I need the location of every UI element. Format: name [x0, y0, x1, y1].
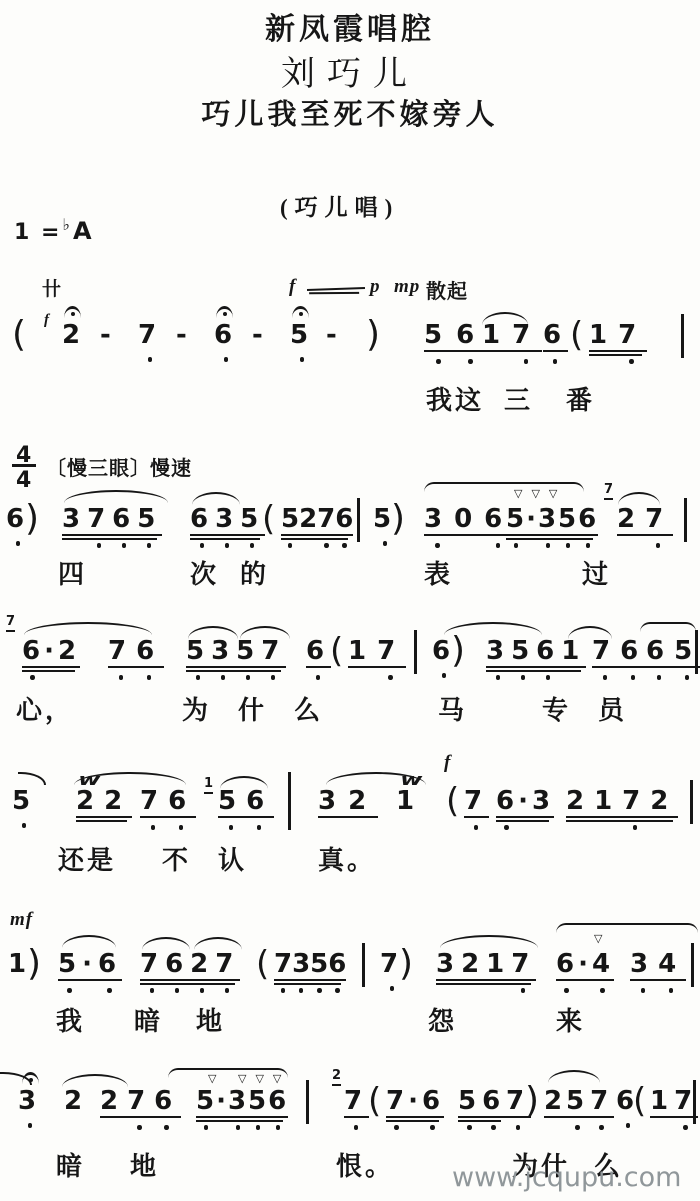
- octave-dot: 3: [18, 1122, 43, 1152]
- octave-dots: 5·356: [196, 1126, 288, 1136]
- paren: ): [391, 501, 405, 539]
- octave-dot: 3: [630, 987, 658, 1017]
- page-title: 新凤霞唱腔: [0, 4, 700, 48]
- octave-dots: 6: [432, 674, 457, 684]
- note-token: 73567356: [274, 951, 346, 999]
- time-signature-line: [12, 464, 36, 467]
- note-token: 3434: [630, 951, 686, 999]
- octave-dots: 17: [589, 360, 647, 370]
- fermata-icon: [292, 306, 309, 318]
- music-line: mf▽1)5·65·676277627(7356735677)321732176…: [0, 905, 700, 1060]
- note-digits: 5357: [186, 638, 286, 668]
- lyric: 地: [196, 1001, 225, 1038]
- note-digits: 6·2: [22, 638, 80, 668]
- note-digits: ): [25, 501, 39, 539]
- octave-dots: 17: [650, 1126, 698, 1136]
- octave-dot: 5: [674, 674, 700, 704]
- octave-dot: 0: [454, 542, 484, 572]
- dash-note: -: [326, 322, 337, 350]
- time-signature-number: 4: [16, 468, 31, 493]
- note-token: 2: [62, 322, 87, 350]
- octave-dots: 32: [318, 826, 378, 836]
- octave-dots: 635: [190, 544, 265, 554]
- fermata-icon: [216, 306, 233, 318]
- note-digits: ): [366, 317, 380, 355]
- octave-dot: 5: [458, 1124, 482, 1154]
- note-digits: ): [391, 501, 405, 539]
- paren: (: [633, 1084, 646, 1120]
- dash-note: -: [252, 322, 263, 350]
- octave-dots: 6·2: [22, 676, 80, 686]
- note-digits: ): [451, 633, 465, 671]
- note-token: 5·3565·356: [196, 1088, 288, 1136]
- octave-dot: 6: [165, 987, 190, 1017]
- note-token: 306306: [424, 506, 514, 554]
- note-token: 32173217: [436, 951, 536, 999]
- music-line: 44〔慢三眼〕慢速▽▽▽766)37653765635635(527652765…: [0, 440, 700, 610]
- note-digits: 3765: [62, 506, 162, 536]
- octave-dots: 3765: [62, 544, 162, 554]
- octave-dots: 56: [458, 1126, 506, 1136]
- octave-dots: 57: [566, 1126, 614, 1136]
- note-token: 35613561: [486, 638, 586, 686]
- note-token: 66: [306, 638, 331, 686]
- note-digits: 5·356: [506, 506, 598, 536]
- free-meter-mark: 卄: [42, 274, 61, 301]
- octave-dot: 5: [310, 987, 328, 1017]
- note-digits: 635: [190, 506, 265, 536]
- music-line: 76·26·276765357535766(171766)35613561767…: [0, 600, 700, 752]
- dynamic-mark: f: [44, 312, 49, 329]
- song-title: 巧儿我至死不嫁旁人: [0, 92, 700, 133]
- octave-dot: 7: [622, 824, 650, 854]
- note-digits: 5·356: [196, 1088, 288, 1118]
- octave-dot: 1: [486, 987, 511, 1017]
- key-prefix: 1 =: [14, 220, 61, 245]
- octave-dots: 65: [646, 676, 700, 686]
- octave-dots: 3: [18, 1124, 43, 1134]
- octave-dot: 5: [373, 540, 398, 570]
- note-digits: 1: [396, 788, 421, 816]
- lyric: 么: [294, 690, 323, 727]
- note-digits: 276: [100, 1088, 181, 1118]
- octave-dot: 1: [594, 824, 622, 854]
- note-token: 2222: [76, 788, 132, 836]
- singer-annotation: (巧儿唱): [280, 189, 399, 222]
- octave-dot: 3: [486, 674, 511, 704]
- note-token: 5656: [458, 1088, 506, 1136]
- slur-arc: [548, 1070, 600, 1083]
- note-digits: 6·3: [496, 788, 554, 818]
- barline: [288, 772, 291, 830]
- note-digits: 56: [424, 322, 488, 352]
- note-token: 6565: [646, 638, 700, 686]
- barline: [306, 1080, 309, 1124]
- note-token: 1717: [650, 1088, 698, 1136]
- octave-dots: 6·3: [496, 826, 554, 836]
- paren: ): [451, 633, 465, 671]
- note-digits: -: [252, 322, 263, 350]
- octave-dot: 7: [464, 824, 489, 854]
- octave-dot: 5: [196, 1124, 216, 1154]
- lyric: 为: [182, 690, 211, 727]
- note-digits: 22: [76, 788, 132, 818]
- note-digits: 32: [318, 788, 378, 818]
- note-digits: 17: [482, 322, 542, 352]
- note-digits: -: [326, 322, 337, 350]
- octave-dots: 5: [373, 542, 398, 552]
- tempo-annotation: 散起: [426, 275, 468, 304]
- lyric: 恨。: [336, 1146, 394, 1183]
- note-digits: 3: [18, 1088, 43, 1116]
- octave-dot: ·: [518, 824, 532, 854]
- note-token: 55: [290, 322, 315, 368]
- note-token: 77: [464, 788, 489, 836]
- octave-dots: 5: [12, 824, 37, 834]
- octave-dot: 5: [506, 542, 526, 572]
- octave-dot: 6: [496, 824, 518, 854]
- note-digits: (: [633, 1084, 646, 1120]
- octave-dot: 7: [87, 542, 112, 572]
- octave-dot: 7: [108, 674, 136, 704]
- octave-dot: 3: [292, 987, 310, 1017]
- note-token: 33: [18, 1088, 43, 1134]
- octave-dot: 7: [511, 987, 536, 1017]
- note-token: 7676: [108, 638, 164, 686]
- lyric: 我: [56, 1001, 85, 1038]
- music-line: 卄fpmp散起f(2-77-66-55-)5656171766(1717我这三番: [0, 270, 700, 440]
- note-digits: 2: [64, 1088, 89, 1116]
- lyric: 四: [58, 554, 87, 591]
- octave-dot: 7: [138, 356, 163, 386]
- lyric: 心，: [16, 690, 74, 727]
- note-digits: 3561: [486, 638, 586, 668]
- octave-dot: 6: [6, 540, 31, 570]
- note-token: 635635: [190, 506, 265, 554]
- octave-dots: 7356: [274, 989, 346, 999]
- octave-dot: 2: [566, 824, 594, 854]
- octave-dot: 6: [268, 1124, 288, 1154]
- dash-note: -: [176, 322, 187, 350]
- note-digits: ): [525, 1083, 539, 1121]
- octave-dot: ·: [408, 1124, 422, 1154]
- note-token: 37653765: [62, 506, 162, 554]
- octave-dots: 7: [380, 987, 405, 997]
- watermark: www.jcqupu.com: [452, 1162, 681, 1193]
- note-digits: (: [256, 947, 269, 983]
- octave-dots: 7: [464, 826, 489, 836]
- octave-dot: 5: [137, 542, 162, 572]
- slur-arc: [64, 490, 168, 503]
- barline: [414, 630, 417, 674]
- note-digits: 7356: [274, 951, 346, 981]
- slur-arc: [168, 1068, 288, 1083]
- note-token: 7676: [592, 638, 648, 686]
- key-letter: A: [73, 217, 94, 245]
- octave-dot: 6: [112, 542, 137, 572]
- note-digits: 6: [306, 638, 331, 668]
- octave-dot: ·: [526, 542, 538, 572]
- lyric: 番: [566, 380, 595, 417]
- octave-dot: 6: [136, 674, 164, 704]
- octave-dot: 2: [100, 1124, 127, 1154]
- octave-dot: ·: [216, 1124, 228, 1154]
- note-digits: 7: [344, 1088, 369, 1118]
- barline: [362, 943, 365, 987]
- lyric: 什: [238, 690, 267, 727]
- dash-note: -: [100, 322, 111, 350]
- octave-dots: 76: [108, 676, 164, 686]
- grace-note: 2: [332, 1068, 341, 1086]
- octave-dots: 5·356: [506, 544, 598, 554]
- note-token: 5·65·6: [58, 951, 122, 999]
- slur-arc: [18, 772, 46, 785]
- octave-dots: 56: [424, 360, 488, 370]
- note-token: 5·3565·356: [506, 506, 598, 554]
- octave-dot: 7: [317, 542, 335, 572]
- paren: (: [446, 784, 459, 820]
- note-digits: (: [446, 784, 459, 820]
- note-digits: ): [399, 946, 413, 984]
- octave-dot: 2: [617, 542, 645, 572]
- lyric: 地: [130, 1146, 159, 1183]
- barline: [691, 943, 694, 987]
- note-digits: 6·4: [556, 951, 614, 981]
- octave-dots: 7: [138, 358, 163, 368]
- octave-dots: 7·6: [386, 1126, 444, 1136]
- key-signature: 1 =♭A: [14, 215, 94, 245]
- barline: [681, 314, 684, 358]
- note-digits: 3217: [436, 951, 536, 981]
- slur-arc: [24, 622, 152, 635]
- note-digits: 27: [617, 506, 673, 536]
- octave-dot: 6: [646, 674, 674, 704]
- note-digits: -: [100, 322, 111, 350]
- octave-dot: 3: [538, 542, 558, 572]
- octave-dots: 6: [306, 676, 331, 686]
- note-token: 7676: [140, 788, 196, 836]
- octave-dot: 7: [377, 674, 406, 704]
- octave-dot: 5: [511, 674, 536, 704]
- octave-dots: 6: [616, 1124, 641, 1134]
- note-digits: 76: [140, 788, 196, 818]
- note-digits: 6: [214, 322, 239, 350]
- lyric: 马: [438, 690, 467, 727]
- octave-dots: 6: [543, 360, 568, 370]
- barline: [684, 498, 687, 542]
- octave-dot: 6: [422, 1124, 444, 1154]
- paren: ): [399, 946, 413, 984]
- grace-note: 7: [6, 614, 15, 632]
- flat-icon: ♭: [62, 215, 72, 234]
- octave-dots: 56: [218, 826, 274, 836]
- octave-dot: 6: [482, 1124, 506, 1154]
- octave-dots: 76: [592, 676, 648, 686]
- octave-dot: 6: [246, 824, 274, 854]
- lyric: 认: [218, 840, 247, 877]
- note-token: 66: [543, 322, 568, 370]
- octave-dots: 17: [482, 360, 542, 370]
- octave-dots: 6: [214, 358, 239, 368]
- dynamic-mark: mp: [394, 276, 420, 298]
- octave-dots: 76: [140, 826, 196, 836]
- barline: [693, 1080, 696, 1124]
- octave-dot: 3: [211, 674, 236, 704]
- octave-dot: 7: [618, 358, 647, 388]
- lyric: 表: [424, 554, 453, 591]
- octave-dots: 5276: [281, 544, 353, 554]
- note-token: 6·26·2: [22, 638, 80, 686]
- note-token: 53575357: [186, 638, 286, 686]
- note-digits: 306: [424, 506, 514, 536]
- note-digits: 5276: [281, 506, 353, 536]
- tempo-mark: 慢速: [150, 452, 192, 481]
- note-digits: 6: [543, 322, 568, 352]
- slur-arc: [424, 482, 584, 497]
- note-digits: 56: [458, 1088, 506, 1118]
- octave-dot: 6: [328, 987, 346, 1017]
- note-token: 5757: [566, 1088, 614, 1136]
- dynamic-mark: p: [370, 276, 381, 298]
- octave-dots: 276: [100, 1126, 181, 1136]
- slur-arc: [440, 935, 538, 948]
- octave-dots: 3561: [486, 676, 586, 686]
- note-token: 1717: [589, 322, 647, 370]
- note-digits: 76: [108, 638, 164, 668]
- octave-dots: 7: [344, 1126, 369, 1136]
- paren: ): [525, 1083, 539, 1121]
- note-digits: 5: [290, 322, 315, 350]
- octave-dot: 1: [650, 1124, 674, 1154]
- note-digits: 2172: [566, 788, 678, 818]
- barline: [695, 630, 698, 674]
- fermata-icon: [64, 306, 81, 318]
- note-token: 276276: [100, 1088, 181, 1136]
- note-digits: -: [176, 322, 187, 350]
- note-digits: 5: [12, 788, 37, 816]
- octave-dots: 22: [76, 826, 132, 836]
- octave-dot: 6: [335, 542, 353, 572]
- sheet-music-page: 新凤霞唱腔 刘巧儿 巧儿我至死不嫁旁人 (巧儿唱) 1 =♭A 卄fpmp散起f…: [0, 0, 700, 1201]
- octave-dot: 1: [348, 674, 377, 704]
- octave-dots: 7: [506, 1126, 531, 1136]
- lyric: 真。: [318, 840, 376, 877]
- dynamic-mark: mf: [10, 909, 33, 931]
- lyric: 不: [162, 840, 191, 877]
- octave-dot: 2: [650, 824, 678, 854]
- octave-dots: 5357: [186, 676, 286, 686]
- note-digits: 65: [646, 638, 700, 668]
- note-token: 2727: [617, 506, 673, 554]
- note-digits: 2: [62, 322, 87, 350]
- octave-dots: 7627: [140, 989, 240, 999]
- lyric: 还是: [58, 840, 116, 877]
- dynamic-mark: f: [444, 752, 451, 774]
- note-digits: (: [262, 502, 275, 538]
- music-line: fww15522227676565632321(776·36·321722172…: [0, 752, 700, 904]
- octave-dot: 5: [248, 1124, 268, 1154]
- paren: ): [366, 317, 380, 355]
- octave-dot: 3: [228, 1124, 248, 1154]
- octave-dot: 4: [658, 987, 686, 1017]
- note-token: 66: [214, 322, 239, 368]
- note-digits: (: [330, 634, 343, 670]
- note-digits: (: [368, 1084, 381, 1120]
- paren: (: [12, 317, 26, 355]
- lyric: 暗: [134, 1001, 163, 1038]
- note-digits: ): [27, 946, 41, 984]
- note-token: 7·67·6: [386, 1088, 444, 1136]
- octave-dot: 7: [674, 1124, 698, 1154]
- octave-dots: 5: [290, 358, 315, 368]
- lyric: 我这: [426, 380, 484, 417]
- lyric: 三: [504, 380, 533, 417]
- octave-dots: 17: [348, 676, 406, 686]
- note-digits: 5·6: [58, 951, 122, 981]
- octave-dot: 5: [558, 542, 578, 572]
- octave-dot: 7: [380, 985, 405, 1015]
- note-digits: 17: [650, 1088, 698, 1118]
- paren: ): [27, 946, 41, 984]
- note-token: 21722172: [566, 788, 678, 836]
- paren: (: [330, 634, 343, 670]
- note-token: 77: [138, 322, 163, 368]
- octave-dot: 6: [98, 987, 122, 1017]
- octave-dot: 5: [281, 542, 299, 572]
- octave-dots: 34: [630, 989, 686, 999]
- lyric: 员: [598, 690, 627, 727]
- octave-dots: 3217: [436, 989, 536, 999]
- paren: (: [256, 947, 269, 983]
- grace-note: 1: [204, 776, 213, 794]
- lyric: 来: [556, 1001, 585, 1038]
- opera-title: 刘巧儿: [0, 46, 700, 95]
- octave-dot: 4: [592, 987, 614, 1017]
- note-digits: 17: [348, 638, 406, 668]
- note-digits: 7·6: [386, 1088, 444, 1118]
- note-token: 5656: [218, 788, 274, 836]
- slur-arc: [62, 935, 116, 948]
- paren: ): [25, 501, 39, 539]
- octave-dots: 5·6: [58, 989, 122, 999]
- lyric: 怨: [428, 1001, 457, 1038]
- note-digits: 7: [138, 322, 163, 350]
- barline: [357, 498, 360, 542]
- note-digits: 7627: [140, 951, 240, 981]
- dynamic-mark: f: [289, 276, 296, 298]
- octave-dot: 2: [299, 542, 317, 572]
- paren: (: [570, 318, 583, 354]
- octave-dots: 6: [6, 542, 31, 552]
- lyric: 暗: [56, 1146, 85, 1183]
- note-token: 2: [64, 1088, 89, 1116]
- slur-arc: [556, 923, 698, 938]
- lyric: 专: [542, 690, 571, 727]
- tempo-mark: 〔慢三眼〕: [46, 452, 151, 481]
- note-digits: (: [570, 318, 583, 354]
- note-token: 77: [344, 1088, 369, 1136]
- octave-dot: 6: [543, 358, 568, 388]
- lyric: 过: [582, 554, 611, 591]
- lyric: 的: [240, 554, 269, 591]
- paren: (: [368, 1084, 381, 1120]
- octave-dot: 3: [532, 824, 554, 854]
- barline: [690, 780, 693, 824]
- note-token: 1717: [348, 638, 406, 686]
- note-token: 1: [396, 788, 421, 816]
- octave-dot: 5: [290, 356, 315, 386]
- note-digits: 34: [630, 951, 686, 981]
